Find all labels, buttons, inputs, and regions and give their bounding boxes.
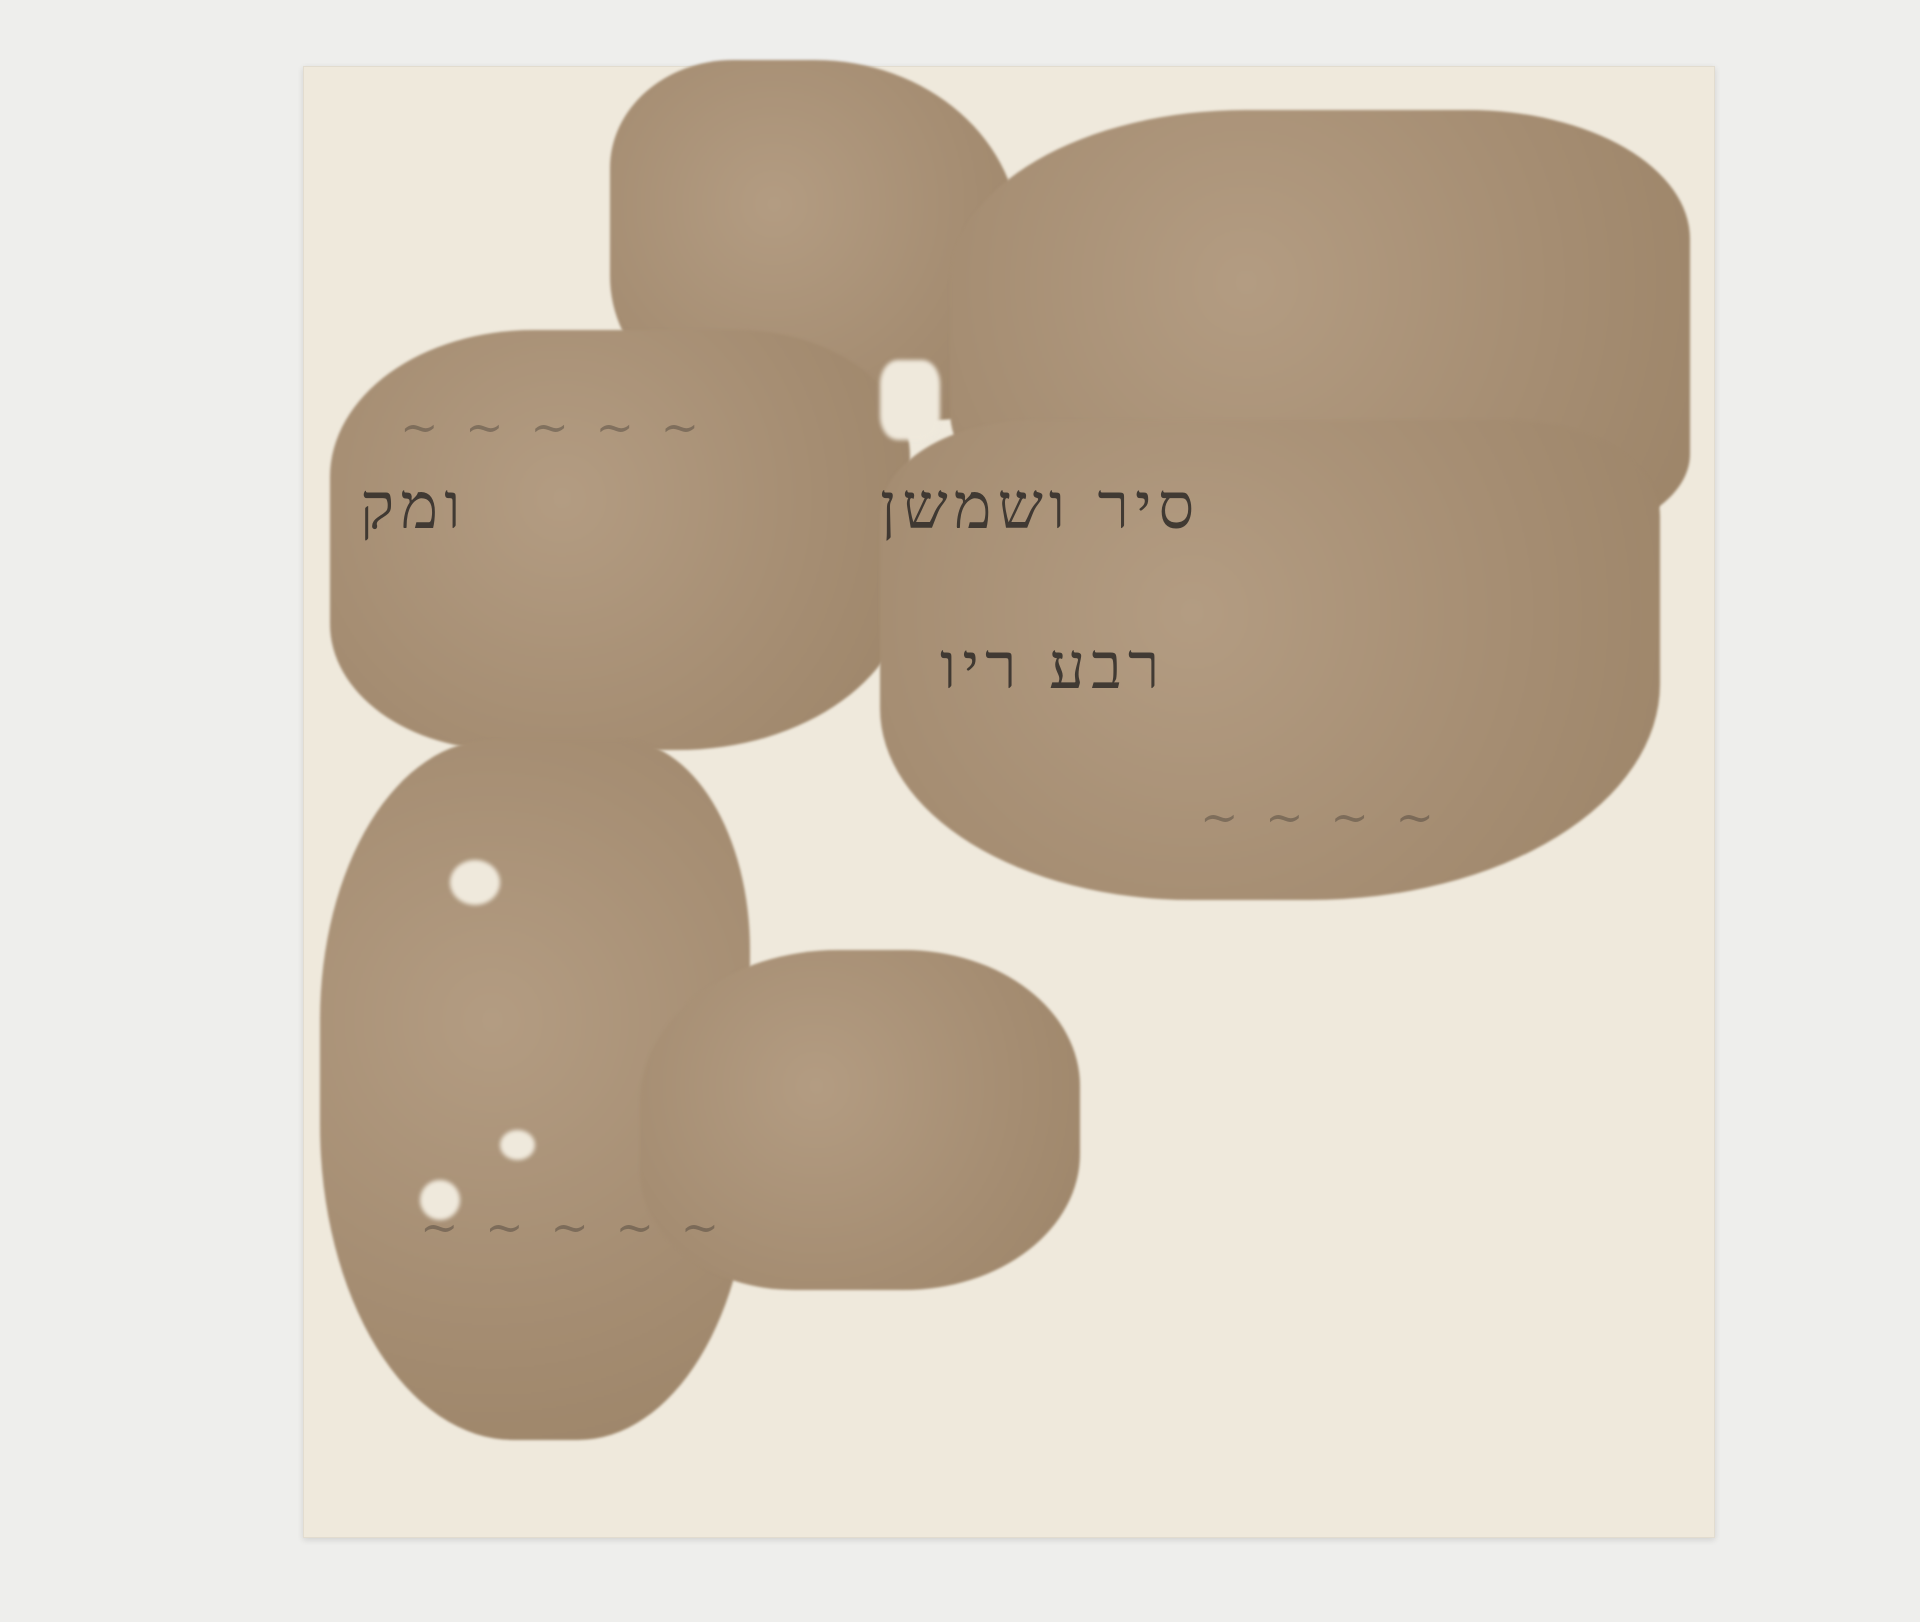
hole bbox=[880, 360, 940, 440]
hole bbox=[500, 1130, 535, 1160]
faint-inscription: ~ ~ ~ ~ bbox=[1200, 790, 1440, 844]
hole bbox=[450, 860, 500, 905]
faint-inscription: ~ ~ ~ ~ ~ bbox=[420, 1200, 725, 1254]
inscription-line: סיר ושמשן bbox=[880, 470, 1200, 544]
inscription-line: ומק bbox=[360, 470, 467, 544]
inscription-line: רבע ריו bbox=[940, 630, 1165, 704]
faint-inscription: ~ ~ ~ ~ ~ bbox=[400, 400, 705, 454]
